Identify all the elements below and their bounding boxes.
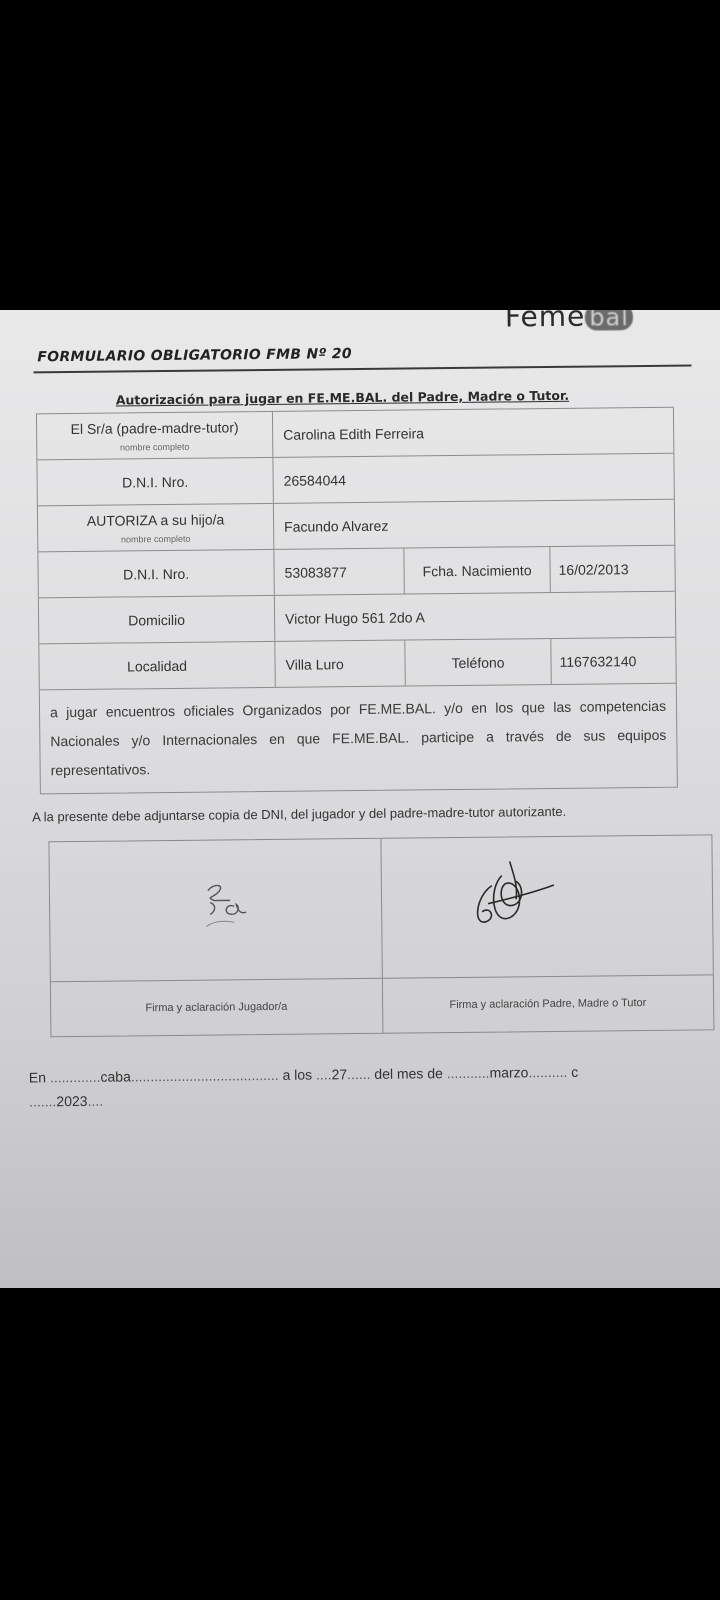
parent-label: El Sr/a (padre-madre-tutor) [70,419,238,437]
birthdate-field[interactable]: 16/02/2013 [550,546,674,592]
parent-dni-row: D.N.I. Nro. 26584044 [37,454,673,507]
parent-dni-label: D.N.I. Nro. [37,458,273,505]
form-sheet: Femebal FORMULARIO OBLIGATORIO FMB Nº 20… [0,310,720,1288]
child-dni-field[interactable]: 53083877 [274,549,404,595]
child-dni-label: D.N.I. Nro. [38,550,274,597]
parent-label-cell: El Sr/a (padre-madre-tutor) nombre compl… [37,412,273,459]
parent-name-row: El Sr/a (padre-madre-tutor) nombre compl… [37,408,673,461]
form-title: FORMULARIO OBLIGATORIO FMB Nº 20 [37,346,352,365]
parent-sublabel: nombre completo [120,441,190,452]
en-label: En [29,1069,46,1085]
authorization-table: El Sr/a (padre-madre-tutor) nombre compl… [36,407,678,795]
parent-signature-caption: Firma y aclaración Padre, Madre o Tutor [382,975,713,1032]
player-signature-icon [200,880,271,931]
address-label: Domicilio [39,596,275,643]
mes-label: del mes de [374,1065,443,1082]
address-field[interactable]: Victor Hugo 561 2do A [275,592,675,641]
place-date-line: En .............caba....................… [29,1060,579,1114]
month-field[interactable]: marzo [489,1064,528,1080]
trail-text: c [571,1064,578,1080]
form-subtitle: Autorización para jugar en FE.ME.BAL. de… [116,388,569,408]
child-sublabel: nombre completo [121,533,191,544]
birthdate-label: Fcha. Nacimiento [404,547,550,594]
femebal-logo: Femebal [505,310,633,333]
child-label: AUTORIZA a su hijo/a [87,511,225,528]
phone-field[interactable]: 1167632140 [551,638,675,684]
child-label-cell: AUTORIZA a su hijo/a nombre completo [38,504,274,551]
signature-table: Firma y aclaración Jugador/a Firma y acl… [48,834,714,1037]
player-signature-column: Firma y aclaración Jugador/a [49,839,383,1036]
address-row: Domicilio Victor Hugo 561 2do A [39,592,675,645]
child-dni-row: D.N.I. Nro. 53083877 Fcha. Nacimiento 16… [38,546,674,599]
player-signature-area[interactable] [49,839,381,982]
parent-signature-column: Firma y aclaración Padre, Madre o Tutor [381,835,714,1032]
parent-name-field[interactable]: Carolina Edith Ferreira [273,408,673,457]
title-divider [33,365,691,374]
parent-dni-field[interactable]: 26584044 [273,454,673,503]
logo-text: Feme [505,310,586,333]
legal-text: a jugar encuentros oficiales Organizados… [40,684,677,794]
child-name-field[interactable]: Facundo Alvarez [274,500,674,549]
logo-badge: bal [585,310,633,331]
child-name-row: AUTORIZA a su hijo/a nombre completo Fac… [38,500,674,553]
phone-label: Teléfono [405,639,551,686]
document-photo: Femebal FORMULARIO OBLIGATORIO FMB Nº 20… [0,310,720,1288]
year-field[interactable]: 2023 [56,1093,87,1109]
player-signature-caption: Firma y aclaración Jugador/a [51,979,382,1036]
city-field[interactable]: caba [100,1068,131,1084]
locality-field[interactable]: Villa Luro [275,641,405,687]
a-los-label: a los [282,1067,312,1083]
parent-signature-area[interactable] [381,835,713,978]
day-field[interactable]: 27 [331,1066,347,1082]
locality-label: Localidad [39,642,275,689]
locality-row: Localidad Villa Luro Teléfono 1167632140 [39,638,675,691]
attachment-note: A la presente debe adjuntarse copia de D… [32,804,566,825]
parent-signature-icon [461,855,562,936]
